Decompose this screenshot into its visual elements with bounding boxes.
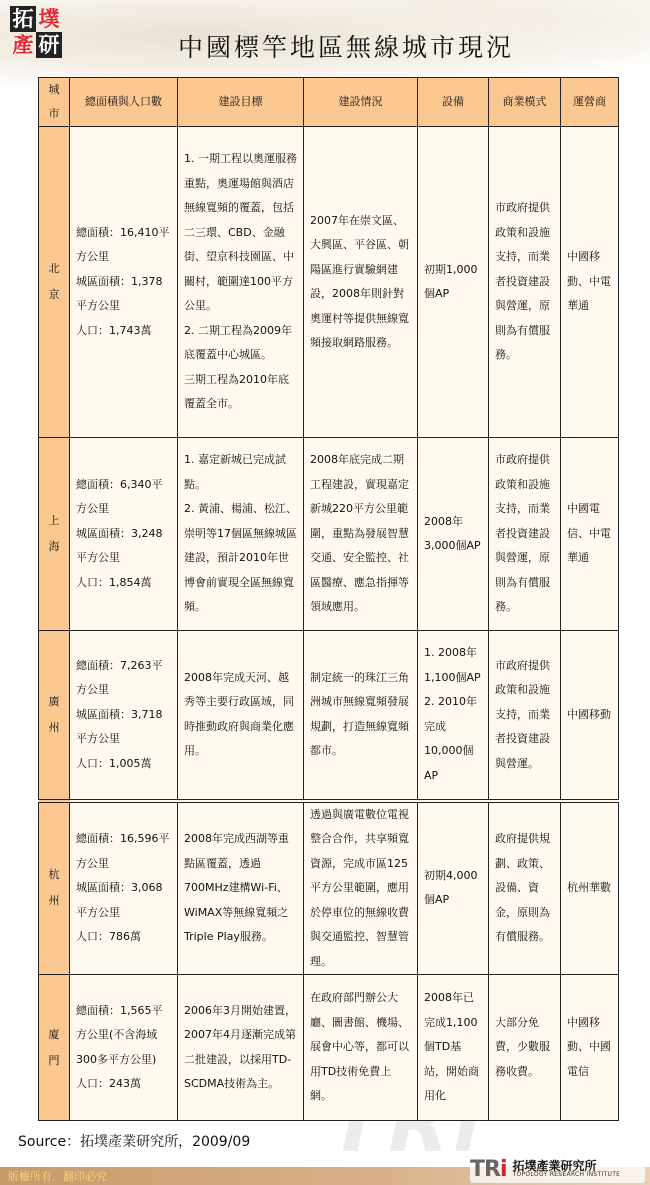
population: 人口：1,743萬 bbox=[76, 319, 171, 344]
goal-item: 2. 黃浦、楊浦、松江、崇明等17個區無線城區建設，預計2010年世博會前實現全… bbox=[184, 497, 297, 620]
equipment-item: 2. 2010年完成10,000個AP bbox=[424, 690, 482, 788]
total-area: 總面積：1,565平方公里(不含海域300多平方公里) bbox=[76, 999, 171, 1073]
population: 人口：786萬 bbox=[76, 925, 171, 950]
logo-char-3: 產 bbox=[10, 32, 36, 58]
urban-area: 城區面積：3,248平方公里 bbox=[76, 522, 171, 571]
total-area: 總面積：16,410平方公里 bbox=[76, 221, 171, 270]
table-header-row: 城 市 總面積與人口數 建設目標 建設情況 設備 商業模式 運營商 bbox=[39, 78, 619, 127]
goal-item: 2. 二期工程為2009年底覆蓋中心城區。 bbox=[184, 319, 297, 368]
goal-item: 1. 嘉定新城已完成試點。 bbox=[184, 448, 297, 497]
goal-item: 1. 一期工程以奧運服務重點，奧運場館與酒店無線寬頻的覆蓋，包括二三環、CBD、… bbox=[184, 147, 297, 319]
column-header-goal: 建設目標 bbox=[178, 78, 304, 127]
urban-area: 城區面積：3,068平方公里 bbox=[76, 876, 171, 925]
city-char: 京 bbox=[47, 282, 61, 308]
source-citation: Source：拓墣產業研究所，2009/09 bbox=[18, 1131, 250, 1151]
city-char: 上 bbox=[47, 508, 61, 534]
status-cell: 透過與廣電數位電視整合合作，共享頻寬資源，完成市區125平方公里範圍，應用於停車… bbox=[304, 801, 418, 975]
copyright-notice: 版權所有．翻印必究 bbox=[8, 1168, 107, 1184]
goal-cell: 1. 嘉定新城已完成試點。 2. 黃浦、楊浦、松江、崇明等17個區無線城區建設，… bbox=[178, 438, 304, 631]
institute-name-en: TOPOLOGY RESEARCH INSTITUTE bbox=[513, 1172, 621, 1178]
city-cell: 廈 門 bbox=[39, 975, 70, 1121]
city-cell: 廣 州 bbox=[39, 631, 70, 801]
city-char: 廈 bbox=[47, 1022, 61, 1048]
city-cell: 北 京 bbox=[39, 127, 70, 438]
goal-cell: 2008年完成天河、越秀等主要行政區域，同時推動政府與商業化應用。 bbox=[178, 631, 304, 801]
tri-logo-badge: 拓 墣 產 研 bbox=[10, 6, 62, 58]
city-char: 北 bbox=[47, 256, 61, 282]
goal-item: 三期工程為2010年底覆蓋全市。 bbox=[184, 368, 297, 417]
column-header-status: 建設情況 bbox=[304, 78, 418, 127]
area-population-cell: 總面積：16,410平方公里 城區面積：1,378平方公里 人口：1,743萬 bbox=[70, 127, 178, 438]
urban-area: 城區面積：3,718平方公里 bbox=[76, 703, 171, 752]
population: 人口：1,005萬 bbox=[76, 752, 171, 777]
goal-cell: 2006年3月開始建置，2007年4月逐漸完成第二批建設，以採用TD-SCDMA… bbox=[178, 975, 304, 1121]
urban-area: 城區面積：1,378平方公里 bbox=[76, 270, 171, 319]
column-header-equipment: 設備 bbox=[418, 78, 489, 127]
area-population-cell: 總面積：7,263平方公里 城區面積：3,718平方公里 人口：1,005萬 bbox=[70, 631, 178, 801]
city-cell: 上 海 bbox=[39, 438, 70, 631]
header-city-char: 市 bbox=[39, 102, 69, 126]
table-row-guangzhou: 廣 州 總面積：7,263平方公里 城區面積：3,718平方公里 人口：1,00… bbox=[39, 631, 619, 801]
city-char: 廣 bbox=[47, 689, 61, 715]
city-cell: 杭 州 bbox=[39, 801, 70, 975]
table-row-shanghai: 上 海 總面積：6,340平方公里 城區面積：3,248平方公里 人口：1,85… bbox=[39, 438, 619, 631]
total-area: 總面積：7,263平方公里 bbox=[76, 654, 171, 703]
table-row-beijing: 北 京 總面積：16,410平方公里 城區面積：1,378平方公里 人口：1,7… bbox=[39, 127, 619, 438]
operator-cell: 中國電信、中電華通 bbox=[561, 438, 619, 631]
business-model-cell: 市政府提供政策和設施支持，而業者投資建設與營運，原則為有償服務。 bbox=[489, 438, 561, 631]
equipment-cell: 初期4,000個AP bbox=[418, 801, 489, 975]
logo-char-2: 墣 bbox=[36, 6, 62, 32]
business-model-cell: 市政府提供政策和設施支持，而業者投資建設與營運。 bbox=[489, 631, 561, 801]
wireless-city-table: 城 市 總面積與人口數 建設目標 建設情況 設備 商業模式 運營商 北 京 總面… bbox=[38, 77, 619, 1121]
page-title: 中國標竿地區無線城市現況 bbox=[178, 28, 514, 64]
tri-institute-logo: TRi 拓墣產業研究所 TOPOLOGY RESEARCH INSTITUTE bbox=[470, 1155, 645, 1183]
equipment-item: 1. 2008年1,100個AP bbox=[424, 641, 482, 690]
area-population-cell: 總面積：1,565平方公里(不含海域300多平方公里) 人口：243萬 bbox=[70, 975, 178, 1121]
equipment-cell: 2008年3,000個AP bbox=[418, 438, 489, 631]
city-char: 州 bbox=[47, 888, 61, 914]
equipment-cell: 1. 2008年1,100個AP 2. 2010年完成10,000個AP bbox=[418, 631, 489, 801]
status-cell: 制定統一的珠江三角洲城市無線寬頻發展規劃，打造無線寬頻都市。 bbox=[304, 631, 418, 801]
population: 人口：1,854萬 bbox=[76, 571, 171, 596]
tri-logo-mark-icon: TRi bbox=[470, 1157, 507, 1182]
area-population-cell: 總面積：16,596平方公里 城區面積：3,068平方公里 人口：786萬 bbox=[70, 801, 178, 975]
city-char: 門 bbox=[47, 1048, 61, 1074]
table-row-xiamen: 廈 門 總面積：1,565平方公里(不含海域300多平方公里) 人口：243萬 … bbox=[39, 975, 619, 1121]
operator-cell: 中國移動、中國電信 bbox=[561, 975, 619, 1121]
header-city-char: 城 bbox=[39, 78, 69, 102]
business-model-cell: 大部分免費，少數服務收費。 bbox=[489, 975, 561, 1121]
business-model-cell: 市政府提供政策和設施支持，而業者投資建設與營運，原則為有償服務。 bbox=[489, 127, 561, 438]
goal-cell: 1. 一期工程以奧運服務重點，奧運場館與酒店無線寬頻的覆蓋，包括二三環、CBD、… bbox=[178, 127, 304, 438]
business-model-cell: 政府提供規劃、政策、設備、資金，原則為有償服務。 bbox=[489, 801, 561, 975]
column-header-business-model: 商業模式 bbox=[489, 78, 561, 127]
city-char: 州 bbox=[47, 715, 61, 741]
goal-cell: 2008年完成西湖等重點區覆蓋，透過700MHz建構Wi-Fi、WiMAX等無線… bbox=[178, 801, 304, 975]
status-cell: 在政府部門辦公大廳、圖書館、機場、展會中心等，都可以用TD技術免費上網。 bbox=[304, 975, 418, 1121]
operator-cell: 中國移動、中電華通 bbox=[561, 127, 619, 438]
status-cell: 2008年底完成二期工程建設，實現嘉定新城220平方公里範圍，重點為發展智慧交通… bbox=[304, 438, 418, 631]
table-row-hangzhou: 杭 州 總面積：16,596平方公里 城區面積：3,068平方公里 人口：786… bbox=[39, 801, 619, 975]
total-area: 總面積：16,596平方公里 bbox=[76, 827, 171, 876]
operator-cell: 杭州華數 bbox=[561, 801, 619, 975]
column-header-area-population: 總面積與人口數 bbox=[70, 78, 178, 127]
status-cell: 2007年在崇文區、大興區、平谷區、朝陽區進行實驗網建設，2008年則針對奧運村… bbox=[304, 127, 418, 438]
column-header-city: 城 市 bbox=[39, 78, 70, 127]
total-area: 總面積：6,340平方公里 bbox=[76, 473, 171, 522]
column-header-operator: 運營商 bbox=[561, 78, 619, 127]
population: 人口：243萬 bbox=[76, 1072, 171, 1097]
city-char: 杭 bbox=[47, 862, 61, 888]
city-char: 海 bbox=[47, 534, 61, 560]
operator-cell: 中國移動 bbox=[561, 631, 619, 801]
area-population-cell: 總面積：6,340平方公里 城區面積：3,248平方公里 人口：1,854萬 bbox=[70, 438, 178, 631]
institute-name-block: 拓墣產業研究所 TOPOLOGY RESEARCH INSTITUTE bbox=[513, 1160, 621, 1178]
logo-char-1: 拓 bbox=[10, 6, 36, 32]
equipment-cell: 2008年已完成1,100個TD基站，開始商用化 bbox=[418, 975, 489, 1121]
equipment-cell: 初期1,000個AP bbox=[418, 127, 489, 438]
logo-char-4: 研 bbox=[36, 32, 62, 58]
